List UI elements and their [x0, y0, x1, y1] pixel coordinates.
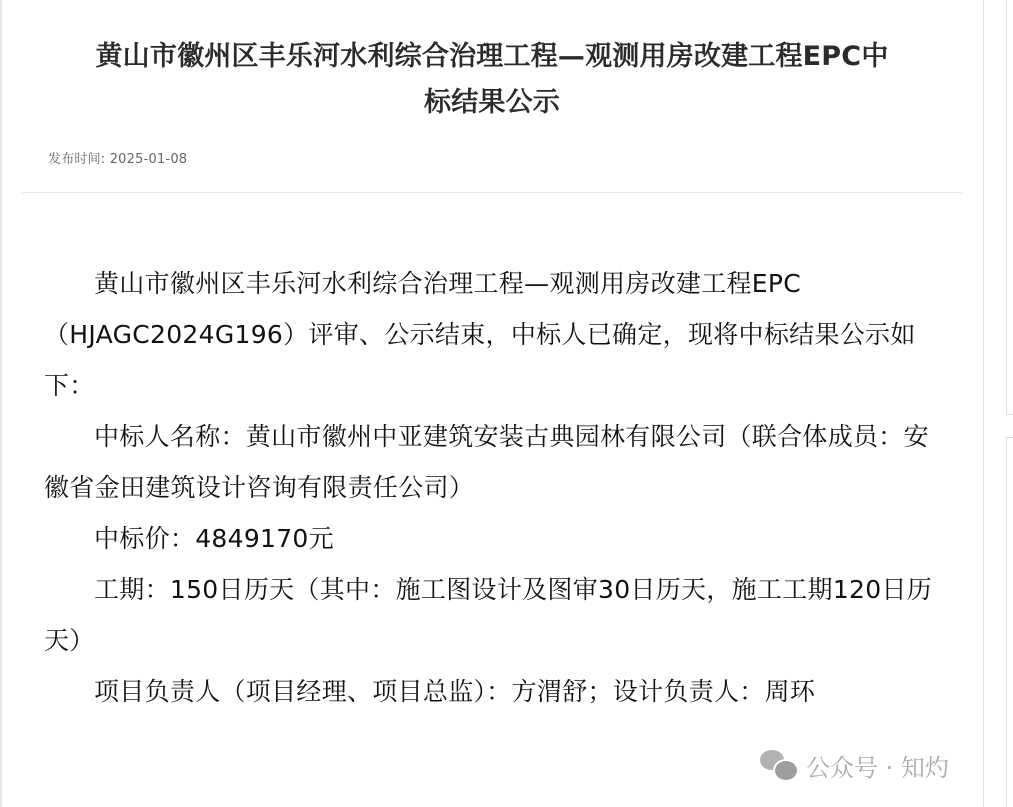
- title-line-2: 标结果公示: [52, 80, 932, 126]
- paragraph-intro: 黄山市徽州区丰乐河水利综合治理工程—观测用房改建工程EPC（HJAGC2024G…: [44, 258, 934, 411]
- paragraph-duration: 工期：150日历天（其中：施工图设计及图审30日历天，施工工期120日历天）: [44, 564, 934, 666]
- publish-date: 发布时间: 2025-01-08: [48, 148, 187, 167]
- wechat-icon: [760, 750, 798, 780]
- page-left-border: [0, 0, 2, 807]
- article-title: 黄山市徽州区丰乐河水利综合治理工程—观测用房改建工程EPC中 标结果公示: [52, 34, 932, 126]
- paragraph-personnel: 项目负责人（项目经理、项目总监）：方渭舒；设计负责人：周环: [44, 666, 934, 717]
- title-line-1: 黄山市徽州区丰乐河水利综合治理工程—观测用房改建工程EPC中: [52, 34, 932, 80]
- paragraph-price: 中标价：4849170元: [44, 513, 934, 564]
- article-body: 黄山市徽州区丰乐河水利综合治理工程—观测用房改建工程EPC（HJAGC2024G…: [44, 258, 934, 717]
- watermark: 公众号 · 知灼: [760, 748, 949, 782]
- side-panel-top: [1006, 0, 1013, 415]
- divider: [22, 192, 962, 193]
- side-panel-bottom: [1006, 437, 1013, 807]
- paragraph-winner: 中标人名称：黄山市徽州中亚建筑安装古典园林有限公司（联合体成员：安徽省金田建筑设…: [44, 411, 934, 513]
- article: 黄山市徽州区丰乐河水利综合治理工程—观测用房改建工程EPC中 标结果公示 发布时…: [22, 0, 962, 807]
- content-right-border: [983, 0, 984, 807]
- watermark-text: 公众号 · 知灼: [806, 748, 949, 783]
